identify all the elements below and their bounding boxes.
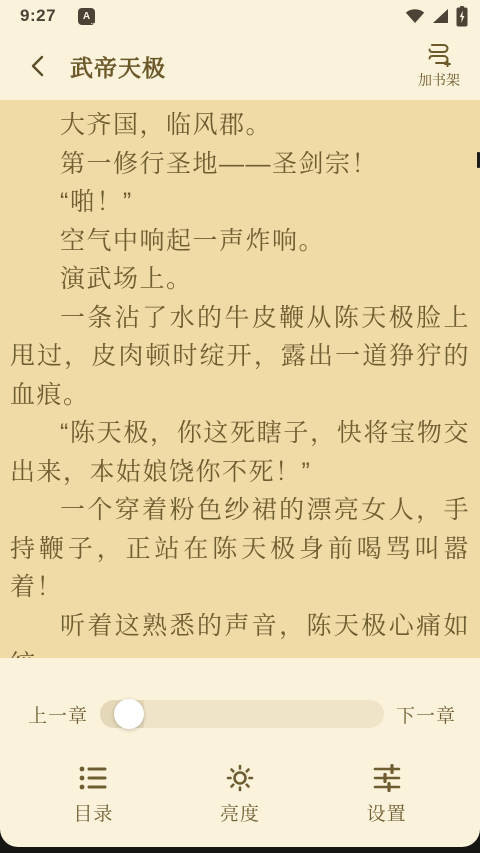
notification-a-icon: A.. (78, 8, 95, 25)
status-bar: 9:27 A.. (0, 0, 480, 32)
reader-bottom-nav: 目录 (0, 764, 480, 826)
previous-chapter-button[interactable]: 上一章 (28, 701, 88, 728)
top-chrome: 9:27 A.. (0, 0, 480, 100)
paragraph: 空气中响起一声炸响。 (10, 222, 470, 261)
cellular-signal-icon (432, 8, 449, 24)
nav-label-brightness: 亮度 (220, 799, 260, 826)
paragraph: 第一修行圣地——圣剑宗！ (10, 145, 470, 184)
paragraph: 一个穿着粉色纱裙的漂亮女人，手持鞭子，正站在陈天极身前喝骂叫嚣着！ (10, 491, 470, 607)
chevron-left-icon (30, 55, 45, 77)
battery-charging-icon (456, 6, 468, 27)
nav-label-settings: 设置 (367, 799, 407, 826)
chapter-slider-row: 上一章 下一章 (0, 658, 480, 728)
reader-app: 9:27 A.. (0, 0, 480, 853)
tune-icon (372, 764, 402, 792)
bookshelf-add-icon (425, 43, 453, 67)
nav-item-settings[interactable]: 设置 (342, 764, 432, 826)
paragraph: “陈天极，你这死瞎子，快将宝物交出来，本姑娘饶你不死！” (10, 414, 470, 491)
add-to-bookshelf-button[interactable]: 加书架 (412, 43, 466, 90)
paragraph: 大齐国，临风郡。 (10, 106, 470, 145)
nav-label-catalog: 目录 (73, 799, 113, 826)
paragraph: 听着这熟悉的声音，陈天极心痛如绞。 (10, 607, 470, 659)
paragraph: 演武场上。 (10, 260, 470, 299)
next-chapter-button[interactable]: 下一章 (396, 701, 456, 728)
list-icon (78, 764, 108, 792)
sun-icon (225, 764, 255, 792)
reading-area[interactable]: 大齐国，临风郡。 第一修行圣地——圣剑宗！ “啪！” 空气中响起一声炸响。 演武… (0, 100, 480, 658)
bottom-control-panel: 上一章 下一章 目录 (0, 658, 480, 847)
reader-header: 武帝天极 加书架 (0, 32, 480, 100)
paragraph: 一条沾了水的牛皮鞭从陈天极脸上甩过，皮肉顿时绽开，露出一道狰狞的血痕。 (10, 299, 470, 415)
book-title: 武帝天极 (70, 50, 166, 83)
status-time: 9:27 (20, 6, 56, 26)
nav-item-brightness[interactable]: 亮度 (195, 764, 285, 826)
paragraph: “啪！” (10, 183, 470, 222)
back-button[interactable] (22, 51, 52, 81)
nav-item-catalog[interactable]: 目录 (48, 764, 138, 826)
progress-slider[interactable] (100, 700, 384, 728)
add-to-bookshelf-label: 加书架 (418, 70, 460, 90)
wifi-icon (405, 8, 425, 24)
progress-slider-thumb[interactable] (114, 699, 144, 729)
